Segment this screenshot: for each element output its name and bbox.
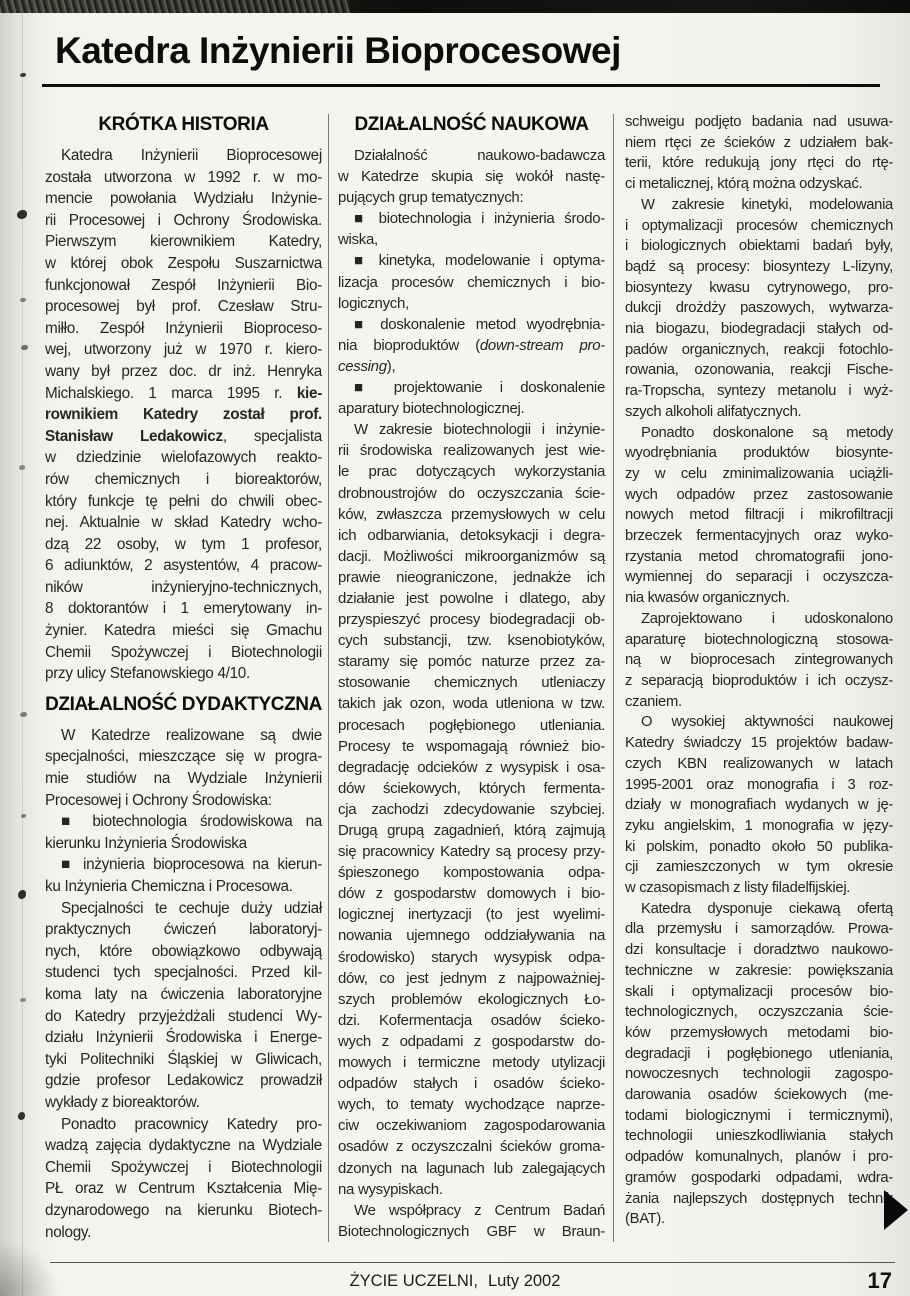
text-line: rii środowiska realizowanych jest wie- [338, 440, 605, 461]
text-line: Zaprojektowano i udoskonalono [625, 609, 893, 630]
text-line: tyki Politechniki Śląskiej w Gliwicach, [45, 1049, 322, 1071]
paragraph: Działalność naukowo-badawczaw Katedrze s… [338, 145, 605, 208]
plain-text: dzą 22 osoby, w tym 1 profesor, [45, 536, 322, 553]
plain-text: wych, to tematy wychodzące naprze- [338, 1096, 605, 1113]
plain-text: środowisko) starych wysypisk odpa- [338, 949, 605, 966]
text-line: cja zachodzi zdecydowanie szybciej. [338, 799, 605, 820]
text-line: ■ projektowanie i doskonalenie [338, 377, 605, 398]
text-line: Procesowej i Ochrony Środowiska: [45, 790, 322, 812]
plain-text: dów, co jest jednym z najpoważniej- [338, 970, 605, 987]
plain-text: szych alkoholi alifatycznych. [625, 404, 801, 420]
text-line: żynier. Katedra mieści się Gmachu [45, 620, 322, 642]
paragraph: We współpracy z Centrum BadańBiotechnolo… [338, 1200, 605, 1242]
column-separator [613, 114, 614, 1242]
text-line: żania najlepszych dostępnych technik [625, 1189, 893, 1210]
plain-text: dzi konsultacje i doradztwo naukowo- [625, 942, 893, 958]
page-number: 17 [868, 1268, 892, 1294]
text-line: została utworzona w 1992 r. w mo- [45, 167, 322, 189]
text-line: Chemii Spożywczej i Biotechnologii [45, 642, 322, 664]
text-line: ków, zwłaszcza przemysłowych w celu [338, 504, 605, 525]
text-line: miłło. Zespół Inżynierii Bioproceso- [45, 318, 322, 340]
plain-text: funkcjonował Zespół Inżynierii Bio- [45, 277, 322, 294]
plain-text: koma laty na ćwiczenia laboratoryjne [45, 986, 322, 1003]
text-line: W Katedrze realizowane są dwie [45, 725, 322, 747]
plain-text: ną w bioprocesach zintegrowanych [625, 652, 893, 668]
text-line: wyodrębniania produktów biosynte- [625, 443, 893, 464]
plain-text: ci metalicznej, którą można odzyskać. [625, 176, 862, 192]
text-line: szych alkoholi alifatycznych. [625, 402, 893, 423]
plain-text: dacji. Możliwości mikroorganizmów są [338, 548, 605, 565]
plain-text: 1995-2001 oraz monografia i 3 roz- [625, 777, 893, 793]
plain-text: się pracownicy Katedry są procesy przy- [338, 843, 605, 860]
plain-text: ■ inżynieria bioprocesowa na kierun- [61, 856, 322, 873]
text-line: dzonych na lagunach lub zalegających [338, 1158, 605, 1179]
text-line: bądź są procesy: biosyntezy L-lizyny, [625, 257, 893, 278]
plain-text: dzonych na lagunach lub zalegających [338, 1160, 605, 1177]
plain-text: w której obok Zespołu Suszarnictwa [45, 255, 322, 272]
text-line: lizacja procesów chemicznych i bio- [338, 272, 605, 293]
text-line: aparatury biotechnologicznej. [338, 398, 605, 419]
text-line: aparaturę biotechnologiczną stosowa- [625, 630, 893, 651]
plain-text: ki polskim, ponadto około 50 publika- [625, 839, 893, 855]
plain-text: cych substancji, tzw. ksenobiotyków, [338, 632, 605, 649]
text-line: Specjalności te cechuje duży udział [45, 898, 322, 920]
plain-text: drobnoustrojów do oczyszczania ście- [338, 485, 605, 502]
text-line: funkcjonował Zespół Inżynierii Bio- [45, 275, 322, 297]
page-gutter-shadow [0, 13, 34, 1296]
plain-text: darowania osadów ściekowych (me- [625, 1087, 893, 1103]
plain-text: do Katedry przyjeżdżali studenci Wy- [45, 1008, 322, 1025]
plain-text: zyku angielskim, 1 monografia w języ- [625, 818, 893, 834]
text-line: 6 adiunktów, 2 asystentów, 4 pracow- [45, 555, 322, 577]
paragraph: W zakresie kinetyki, modelowaniai optyma… [625, 195, 893, 423]
plain-text: w czasopismach z listy filadelfijskiej. [625, 880, 850, 896]
text-line: brzeczek fermentacyjnych oraz wyko- [625, 526, 893, 547]
text-line: procesowej był prof. Czesław Stru- [45, 296, 322, 318]
continued-arrow-icon [884, 1190, 908, 1230]
plain-text: nowoczesnych technologii zagospo- [625, 1066, 893, 1082]
text-line: Katedra Inżynierii Bioprocesowej [45, 145, 322, 167]
text-line: ników inżynieryjno-technicznych, [45, 577, 322, 599]
text-line: ich odbarwiania, detoksykacji i degra- [338, 525, 605, 546]
paragraph: Specjalności te cechuje duży udziałprakt… [45, 898, 322, 1114]
text-line: czych KBN realizowanych w latach [625, 754, 893, 775]
plain-text: na wysypiskach. [338, 1181, 443, 1198]
scan-edge-texture [0, 0, 350, 13]
plain-text: techniczne w zakresie: powiększania [625, 963, 893, 979]
text-line: logicznej inertyzacji (to jest wyelimi- [338, 904, 605, 925]
plain-text: Biotechnologicznych GBF w Braun- [338, 1223, 605, 1240]
plain-text: Ponadto doskonalone są metody [641, 425, 893, 441]
text-line: nowych metod filtracji i mikrofiltracji [625, 505, 893, 526]
plain-text: bądź są procesy: biosyntezy L-lizyny, [625, 259, 893, 275]
plain-text: kierunku Inżynieria Środowiska [45, 835, 247, 852]
text-line: todami biologicznymi i termicznymi), [625, 1106, 893, 1127]
plain-text: Katedra dysponuje ciekawą ofertą [641, 901, 893, 917]
plain-text: biosyntezy kwasu cytrynowego, pro- [625, 280, 893, 296]
text-line: wej, utworzony już w 1970 r. kiero- [45, 339, 322, 361]
text-line: dów ściekowych, których fermenta- [338, 778, 605, 799]
text-line: zy w celu zminimalizowania uciążli- [625, 464, 893, 485]
text-line: takich jak ozon, woda utleniona w tzw. [338, 693, 605, 714]
plain-text: staramy się pomóc naturze przez za- [338, 653, 605, 670]
plain-text: rii Procesowej i Ochrony Środowiska. [45, 212, 322, 229]
plain-text: Drugą grupą zagadnień, którą zajmują [338, 822, 605, 839]
plain-text: ników inżynieryjno-technicznych, [45, 579, 322, 596]
plain-text: ■ doskonalenie metod wyodrębnia- [354, 316, 605, 333]
text-line: wykłady z bioreaktorów. [45, 1092, 322, 1114]
text-line: Procesy te wspomagają również bio- [338, 736, 605, 757]
plain-text: todami biologicznymi i termicznymi), [625, 1108, 893, 1124]
plain-text: nia kwasów organicznych. [625, 590, 790, 606]
text-line: w dziedzinie wielofazowych reakto- [45, 447, 322, 469]
bold-text: kie- [297, 385, 322, 402]
plain-text: szych problemów ekologicznych Ło- [338, 991, 605, 1008]
text-line: biosyntezy kwasu cytrynowego, pro- [625, 278, 893, 299]
plain-text: ■ kinetyka, modelowanie i optyma- [354, 252, 605, 269]
text-line: rownikiem Katedry został prof. [45, 404, 322, 426]
text-line: środowisko) starych wysypisk odpa- [338, 947, 605, 968]
plain-text: O wysokiej aktywności naukowej [641, 714, 893, 730]
plain-text: Ponadto pracownicy Katedry pro- [61, 1116, 322, 1133]
plain-text: miłło. Zespół Inżynierii Bioproceso- [45, 320, 322, 337]
text-line: szych problemów ekologicznych Ło- [338, 989, 605, 1010]
plain-text: degradacji i pogłębionego utleniania, [625, 1046, 893, 1062]
text-line: ki polskim, ponadto około 50 publika- [625, 837, 893, 858]
text-line: skali i optymalizacji procesów bio- [625, 982, 893, 1003]
plain-text: Chemii Spożywczej i Biotechnologii [45, 1159, 322, 1176]
plain-text: cji zamieszczonych w tym okresie [625, 859, 893, 875]
plain-text: aparatury biotechnologicznej. [338, 400, 524, 417]
plain-text: działy w monografiach wydanych w ję- [625, 797, 893, 813]
plain-text: czych KBN realizowanych w latach [625, 756, 893, 772]
plain-text: Michalskiego. 1 marca 1995 r. [45, 385, 297, 402]
paragraph: Katedra dysponuje ciekawą ofertądla prze… [625, 899, 893, 1230]
text-line: nia bioproduktów (down-stream pro- [338, 335, 605, 356]
plain-text: prawie nieograniczone, jednakże ich [338, 569, 605, 586]
plain-text: czaniem. [625, 694, 682, 710]
text-line: ■ biotechnologia środowiskowa na [45, 811, 322, 833]
text-line: technologicznych, oczyszczania ście- [625, 1002, 893, 1023]
plain-text: ich odbarwiania, detoksykacji i degra- [338, 527, 605, 544]
plain-text: Katedry świadczy 15 projektów badaw- [625, 735, 893, 751]
text-line: zyku angielskim, 1 monografia w języ- [625, 816, 893, 837]
text-line: ■ biotechnologia i inżynieria środo- [338, 208, 605, 229]
text-line: terii, które redukują jony rtęci do rtę- [625, 153, 893, 174]
plain-text: Pierwszym kierownikiem Katedry, [45, 233, 322, 250]
plain-text: degradację odcieków z wysypisk i osa- [338, 759, 605, 776]
plain-text: rzystania metod chromatografii jono- [625, 549, 893, 565]
plain-text: le prac dotyczących wykorzystania [338, 463, 605, 480]
plain-text: logicznej inertyzacji (to jest wyelimi- [338, 906, 605, 923]
plain-text: nia biogazu, biodegradacji stałych od- [625, 321, 893, 337]
plain-text: dla przemysłu i samorządów. Prowa- [625, 921, 893, 937]
text-line: dla przemysłu i samorządów. Prowa- [625, 919, 893, 940]
paragraph: Katedra Inżynierii Bioprocesowejzostała … [45, 145, 322, 685]
text-line: i biologicznych obiektami badań były, [625, 236, 893, 257]
plain-text: nowania ujemnego oddziaływania na [338, 927, 605, 944]
plain-text: Procesy te wspomagają również bio- [338, 738, 605, 755]
text-line: rzystania metod chromatografii jono- [625, 547, 893, 568]
plain-text: W Katedrze realizowane są dwie [61, 727, 322, 744]
plain-text: technologii unieszkodliwiania stałych [625, 1128, 893, 1144]
text-line: działu Inżynierii Środowiska i Energe- [45, 1027, 322, 1049]
text-line: wych, to tematy wychodzące naprze- [338, 1094, 605, 1115]
text-line: kierunku Inżynieria Środowiska [45, 833, 322, 855]
plain-text: odpadów stałych i osadów ścieko- [338, 1075, 605, 1092]
plain-text: wykłady z bioreaktorów. [45, 1094, 200, 1111]
plain-text: wych odpadów przez zastosowanie [625, 487, 893, 503]
text-line: niem rtęci ze ścieków z udziałem bak- [625, 133, 893, 154]
plain-text: cja zachodzi zdecydowanie szybciej. [338, 801, 605, 818]
plain-text: w Katedrze skupia się wokół nastę- [338, 168, 605, 185]
text-line: dzi. Kofermentacja osadów ścieko- [338, 1010, 605, 1031]
text-line: przyspieszyć procesy biodegradacji ob- [338, 609, 605, 630]
italic-text: down-stream pro- [480, 337, 605, 354]
text-line: W zakresie biotechnologii i inżynie- [338, 419, 605, 440]
plain-text: PŁ oraz w Centrum Kształcenia Mię- [45, 1180, 322, 1197]
plain-text: Chemii Spożywczej i Biotechnologii [45, 644, 322, 661]
plain-text: Zaprojektowano i udoskonalono [641, 611, 893, 627]
plain-text: Działalność naukowo-badawcza [354, 147, 605, 164]
text-line: mencie powołania Wydziału Inżynie- [45, 188, 322, 210]
scan-edge-strip [0, 0, 910, 13]
text-line: Pierwszym kierownikiem Katedry, [45, 231, 322, 253]
plain-text: ■ projektowanie i doskonalenie [354, 379, 605, 396]
paragraph: ■ biotechnologia środowiskowa nakierunku… [45, 811, 322, 854]
text-line: degradację odcieków z wysypisk i osa- [338, 757, 605, 778]
text-line: czaniem. [625, 692, 893, 713]
text-line: rów chemicznych i bioreaktorów, [45, 469, 322, 491]
text-line: W zakresie kinetyki, modelowania [625, 195, 893, 216]
text-line: pujących grup tematycznych: [338, 187, 605, 208]
paragraph: ■ doskonalenie metod wyodrębnia-nia biop… [338, 314, 605, 377]
plain-text: i optymalizacji procesów chemicznych [625, 218, 893, 234]
section-heading: DZIAŁALNOŚĆ DYDAKTYCZNA [45, 694, 322, 716]
plain-text: zy w celu zminimalizowania uciążli- [625, 466, 893, 482]
paragraph: Ponadto doskonalone są metodywyodrębnian… [625, 423, 893, 609]
paragraph: ■ projektowanie i doskonalenieaparatury … [338, 377, 605, 419]
plain-text: ku Inżynieria Chemiczna i Procesowa. [45, 878, 293, 895]
paragraph: W zakresie biotechnologii i inżynie-rii … [338, 419, 605, 1199]
plain-text: ciw oczekiwaniom zagospodarowania [338, 1117, 605, 1134]
paragraph: Zaprojektowano i udoskonalonoaparaturę b… [625, 609, 893, 713]
plain-text: wadzą zajęcia dydaktyczne na Wydziale [45, 1137, 322, 1154]
plain-text: ■ biotechnologia środowiskowa na [61, 813, 322, 830]
text-line: ■ inżynieria bioprocesowa na kierun- [45, 854, 322, 876]
plain-text: mie studiów na Wydziale Inżynierii [45, 770, 322, 787]
plain-text: Procesowej i Ochrony Środowiska: [45, 792, 272, 809]
text-line: do Katedry przyjeżdżali studenci Wy- [45, 1006, 322, 1028]
plain-text: 8 doktorantów i 1 emerytowany in- [45, 600, 322, 617]
text-line: i optymalizacji procesów chemicznych [625, 216, 893, 237]
text-line: ■ doskonalenie metod wyodrębnia- [338, 314, 605, 335]
plain-text: lizacja procesów chemicznych i bio- [338, 274, 605, 291]
text-line: na wysypiskach. [338, 1179, 605, 1200]
plain-text: praktycznych ćwiczeń laboratoryj- [45, 921, 322, 938]
text-line: staramy się pomóc naturze przez za- [338, 651, 605, 672]
text-line: nych, które obowiązkowo odbywają [45, 941, 322, 963]
text-line: ci metalicznej, którą można odzyskać. [625, 174, 893, 195]
text-line: Biotechnologicznych GBF w Braun- [338, 1221, 605, 1242]
plain-text: , specjalista [223, 428, 322, 445]
text-line: (BAT). [625, 1209, 893, 1230]
plain-text: ków, zwłaszcza przemysłowych w celu [338, 506, 605, 523]
plain-text: ra-Tropscha, syntezy metanolu i wyż- [625, 383, 893, 399]
text-line: nowoczesnych technologii zagospo- [625, 1064, 893, 1085]
plain-text: dów ściekowych, których fermenta- [338, 780, 605, 797]
plain-text: wany był przez doc. dr inż. Henryka [45, 363, 322, 380]
plain-text: Katedra Inżynierii Bioprocesowej [61, 147, 322, 164]
text-line: 8 doktorantów i 1 emerytowany in- [45, 598, 322, 620]
plain-text: takich jak ozon, woda utleniona w tzw. [338, 695, 605, 712]
plain-text: rów chemicznych i bioreaktorów, [45, 471, 322, 488]
plain-text: ków przemysłowych metodami bio- [625, 1025, 893, 1041]
plain-text: wiska, [338, 231, 378, 248]
text-line: degradacji i pogłębionego utleniania, [625, 1044, 893, 1065]
plain-text: Specjalności te cechuje duży udział [61, 900, 322, 917]
text-line: nology. [45, 1222, 322, 1244]
text-line: Katedry świadczy 15 projektów badaw- [625, 733, 893, 754]
plain-text: wymiennej do separacji i oczyszcza- [625, 569, 893, 585]
plain-text: aparaturę biotechnologiczną stosowa- [625, 632, 893, 648]
text-column-middle: DZIAŁALNOŚĆ NAUKOWADziałalność naukowo-b… [338, 112, 605, 1242]
text-line: nia biogazu, biodegradacji stałych od- [625, 319, 893, 340]
plain-text: dzynarodowego na kierunku Biotech- [45, 1202, 322, 1219]
text-line: w czasopismach z listy filadelfijskiej. [625, 878, 893, 899]
text-line: się pracownicy Katedry są procesy przy- [338, 841, 605, 862]
plain-text: specjalności, mieszczące się w progra- [45, 748, 322, 765]
text-line: darowania osadów ściekowych (me- [625, 1085, 893, 1106]
text-line: dów, co jest jednym z najpoważniej- [338, 968, 605, 989]
plain-text: działu Inżynierii Środowiska i Energe- [45, 1029, 322, 1046]
text-line: Ponadto pracownicy Katedry pro- [45, 1114, 322, 1136]
plain-text: technologicznych, oczyszczania ście- [625, 1004, 893, 1020]
plain-text: procesowej był prof. Czesław Stru- [45, 298, 322, 315]
footer-rule [50, 1262, 895, 1263]
paragraph: Ponadto pracownicy Katedry pro-wadzą zaj… [45, 1114, 322, 1244]
plain-text: dzi. Kofermentacja osadów ścieko- [338, 1012, 605, 1029]
text-line: z separacją bioproduktów i ich oczysz- [625, 671, 893, 692]
plain-text: brzeczek fermentacyjnych oraz wyko- [625, 528, 893, 544]
plain-text: schweigu podjęto badania nad usuwa- [625, 114, 893, 130]
plain-text: studenci tych specjalności. Przed kil- [45, 964, 322, 981]
bold-text: Stanisław Ledakowicz [45, 428, 223, 445]
text-line: gramów gospodarki odpadami, wdra- [625, 1168, 893, 1189]
text-line: wymiennej do separacji i oczyszcza- [625, 567, 893, 588]
text-line: śpieszonego kompostowania odpa- [338, 862, 605, 883]
text-line: Ponadto doskonalone są metody [625, 423, 893, 444]
footer-issue: Luty 2002 [488, 1272, 560, 1290]
plain-text: odpadów komunalnych, planów i pro- [625, 1149, 893, 1165]
plain-text: 6 adiunktów, 2 asystentów, 4 pracow- [45, 557, 322, 574]
text-line: wadzą zajęcia dydaktyczne na Wydziale [45, 1135, 322, 1157]
text-line: We współpracy z Centrum Badań [338, 1200, 605, 1221]
text-line: dacji. Możliwości mikroorganizmów są [338, 546, 605, 567]
text-line: działy w monografiach wydanych w ję- [625, 795, 893, 816]
paragraph: ■ kinetyka, modelowanie i optyma-lizacja… [338, 250, 605, 313]
text-line: wany był przez doc. dr inż. Henryka [45, 361, 322, 383]
text-line: Stanisław Ledakowicz, specjalista [45, 426, 322, 448]
text-line: Michalskiego. 1 marca 1995 r. kie- [45, 383, 322, 405]
title-rule [42, 84, 880, 87]
plain-text: działanie jest powolne i dlatego, aby [338, 590, 605, 607]
paragraph: schweigu podjęto badania nad usuwa-niem … [625, 112, 893, 195]
text-line: nej. Aktualnie w skład Katedry wcho- [45, 512, 322, 534]
text-line: 1995-2001 oraz monografia i 3 roz- [625, 775, 893, 796]
plain-text: i biologicznych obiektami badań były, [625, 238, 893, 254]
plain-text: z separacją bioproduktów i ich oczysz- [625, 673, 893, 689]
plain-text: wej, utworzony już w 1970 r. kiero- [45, 341, 322, 358]
scanned-magazine-page: Katedra Inżynierii Bioprocesowej KRÓTKA … [0, 0, 910, 1296]
plain-text: niem rtęci ze ścieków z udziałem bak- [625, 135, 893, 151]
plain-text: ), [387, 358, 396, 375]
plain-text: rowania, ozonowania, reakcji Fische- [625, 362, 893, 378]
text-line: PŁ oraz w Centrum Kształcenia Mię- [45, 1178, 322, 1200]
text-line: ków przemysłowych metodami bio- [625, 1023, 893, 1044]
bold-text: rownikiem Katedry został prof. [45, 406, 322, 423]
plain-text: wych z odpadami z gospodarstw do- [338, 1033, 605, 1050]
plain-text: nych, które obowiązkowo odbywają [45, 943, 322, 960]
text-line: specjalności, mieszczące się w progra- [45, 746, 322, 768]
plain-text: stosowanie chemicznych utleniaczy [338, 674, 605, 691]
text-line: dzynarodowego na kierunku Biotech- [45, 1200, 322, 1222]
plain-text: logicznych, [338, 295, 409, 312]
plain-text: procesach pogłębionego utleniania. [338, 717, 605, 734]
paragraph: ■ biotechnologia i inżynieria środo-wisk… [338, 208, 605, 250]
plain-text: terii, które redukują jony rtęci do rtę- [625, 155, 893, 171]
plain-text: w dziedzinie wielofazowych reakto- [45, 449, 322, 466]
text-line: nia kwasów organicznych. [625, 588, 893, 609]
text-line: ną w bioprocesach zintegrowanych [625, 650, 893, 671]
text-line: logicznych, [338, 293, 605, 314]
text-line: cji zamieszczonych w tym okresie [625, 857, 893, 878]
text-line: ■ kinetyka, modelowanie i optyma- [338, 250, 605, 271]
plain-text: ■ biotechnologia i inżynieria środo- [354, 210, 605, 227]
footer-journal-line: ŻYCIE UCZELNI,Luty 2002 [0, 1272, 910, 1291]
text-line: mie studiów na Wydziale Inżynierii [45, 768, 322, 790]
text-line: ciw oczekiwaniom zagospodarowania [338, 1115, 605, 1136]
footer-journal: ŻYCIE UCZELNI, [350, 1272, 478, 1290]
text-line: w której obok Zespołu Suszarnictwa [45, 253, 322, 275]
plain-text: nia bioproduktów ( [338, 337, 480, 354]
plain-text: gramów gospodarki odpadami, wdra- [625, 1170, 893, 1186]
plain-text: W zakresie biotechnologii i inżynie- [354, 421, 605, 438]
text-line: mowych i termiczne metody utylizacji [338, 1052, 605, 1073]
plain-text: nowych metod filtracji i mikrofiltracji [625, 507, 893, 523]
text-line: dów z gospodarstw domowych i bio- [338, 883, 605, 904]
plain-text: osadów z oczyszczalni ścieków groma- [338, 1138, 605, 1155]
text-line: który funkcje tę pełni do chwili obec- [45, 491, 322, 513]
text-column-right: schweigu podjęto badania nad usuwa-niem … [625, 112, 893, 1230]
text-line: Katedra dysponuje ciekawą ofertą [625, 899, 893, 920]
text-line: ra-Tropscha, syntezy metanolu i wyż- [625, 381, 893, 402]
plain-text: mencie powołania Wydziału Inżynie- [45, 190, 322, 207]
plain-text: żynier. Katedra mieści się Gmachu [45, 622, 322, 639]
text-line: działanie jest powolne i dlatego, aby [338, 588, 605, 609]
text-line: rowania, ozonowania, reakcji Fische- [625, 360, 893, 381]
page-title: Katedra Inżynierii Bioprocesowej [55, 30, 885, 72]
text-line: cych substancji, tzw. ksenobiotyków, [338, 630, 605, 651]
text-line: cessing), [338, 356, 605, 377]
text-line: procesach pogłębionego utleniania. [338, 715, 605, 736]
text-line: dukcji drożdży paszowych, wytwarza- [625, 298, 893, 319]
plain-text: (BAT). [625, 1211, 665, 1227]
text-line: w Katedrze skupia się wokół nastę- [338, 166, 605, 187]
text-line: Chemii Spożywczej i Biotechnologii [45, 1157, 322, 1179]
plain-text: nej. Aktualnie w skład Katedry wcho- [45, 514, 322, 531]
text-line: wiska, [338, 229, 605, 250]
